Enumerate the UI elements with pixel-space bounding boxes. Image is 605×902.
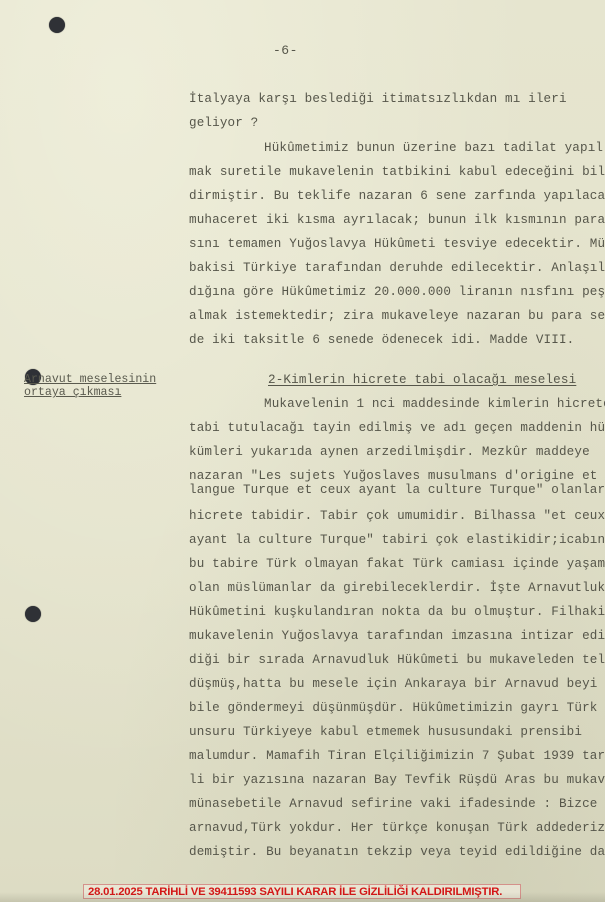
- section-heading: 2-Kimlerin hicrete tabi olacağı meselesi: [268, 373, 576, 387]
- text-line: nazaran "Les sujets Yuğoslaves musulmans…: [189, 469, 605, 483]
- text-line: münasebetile Arnavud sefirine vaki ifade…: [189, 797, 598, 811]
- text-line: de iki taksitle 6 senede ödenecek idi. M…: [189, 333, 574, 347]
- text-line: bakisi Türkiye tarafından deruhde edilec…: [189, 261, 605, 275]
- text-line: hicrete tabidir. Tabir çok umumidir. Bil…: [189, 509, 605, 523]
- text-line: Hükûmetini kuşkulandıran nokta da bu olm…: [189, 605, 605, 619]
- text-line: kümleri yukarıda aynen arzedilmişdir. Me…: [189, 445, 590, 459]
- text-line: sını temamen Yuğoslavya Hükûmeti tesviye…: [189, 237, 605, 251]
- text-line: tabi tutulacağı tayin edilmiş ve adı geç…: [189, 421, 605, 435]
- text-line: muhaceret iki kısma ayrılacak; bunun ilk…: [189, 213, 605, 227]
- text-line: geliyor ?: [189, 116, 258, 130]
- text-line: demiştir. Bu beyanatın tekzip veya teyid…: [189, 845, 605, 859]
- punch-hole-lower: [25, 606, 41, 622]
- margin-note: Arnavut meselesinin ortaya çıkması: [24, 373, 156, 399]
- text-line: bile göndermeyi düşünmüşdür. Hükûmetimiz…: [189, 701, 598, 715]
- text-line: li bir yazısına nazaran Bay Tevfik Rüşdü…: [189, 773, 605, 787]
- text-line: düşmüş,hatta bu mesele için Ankaraya bir…: [189, 677, 598, 691]
- text-line: mak suretile mukavelenin tatbikini kabul…: [189, 165, 605, 179]
- document-page: -6- İtalyaya karşı beslediği itimatsızlı…: [0, 0, 605, 902]
- text-line: İtalyaya karşı beslediği itimatsızlıkdan…: [189, 92, 567, 106]
- text-line: diği bir sırada Arnavudluk Hükûmeti bu m…: [189, 653, 605, 667]
- text-line: bu tabire Türk olmayan fakat Türk camias…: [189, 557, 605, 571]
- text-line: unsuru Türkiyeye kabul etmemek hususunda…: [189, 725, 582, 739]
- text-line: dığına göre Hükûmetimiz 20.000.000 liran…: [189, 285, 605, 299]
- text-line: olan müslümanlar da girebileceklerdir. İ…: [189, 581, 605, 595]
- text-line: mukavelenin Yuğoslavya tarafından imzası…: [189, 629, 605, 643]
- text-line: almak istemektedir; zira mukaveleye naza…: [189, 309, 605, 323]
- text-line: arnavud,Türk yokdur. Her türkçe konuşan …: [189, 821, 605, 835]
- page-number: -6-: [273, 43, 298, 58]
- text-line: malumdur. Mamafih Tiran Elçiliğimizin 7 …: [189, 749, 605, 763]
- text-line: Hükûmetimiz bunun üzerine bazı tadilat y…: [264, 141, 605, 155]
- text-line: dirmiştir. Bu teklife nazaran 6 sene zar…: [189, 189, 605, 203]
- punch-hole-top: [49, 17, 65, 33]
- text-line: ayant la culture Turque" tabiri çok elas…: [189, 533, 605, 547]
- page-edge-shadow: [0, 892, 605, 902]
- text-line: langue Turque et ceux ayant la culture T…: [189, 483, 605, 497]
- text-line: Mukavelenin 1 nci maddesinde kimlerin hi…: [264, 397, 605, 411]
